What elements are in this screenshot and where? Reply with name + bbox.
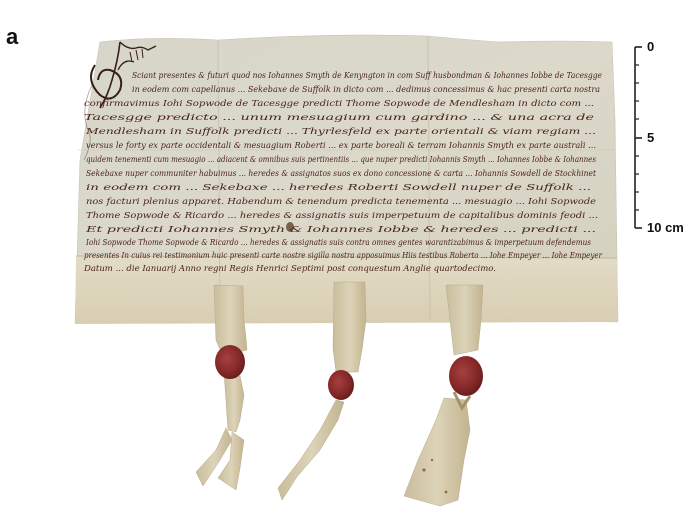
wax-seal-right xyxy=(449,356,483,396)
text-line: Thome Sopwode & Ricardo ... heredes & as… xyxy=(86,210,598,220)
text-line: nos facturi plenius apparet. Habendum & … xyxy=(86,196,596,206)
text-line: Et predicti Iohannes Smyth & Iohannes Io… xyxy=(84,224,596,234)
figure: a xyxy=(0,0,700,523)
text-line: Datum ... die Ianuarij Anno regni Regis … xyxy=(83,263,496,273)
text-line: versus le forty ex parte occidentali & m… xyxy=(86,140,596,150)
wax-seal-left xyxy=(215,345,245,379)
text-line: presentes In cuius rei testimonium huic … xyxy=(84,250,603,260)
text-line: Sekebaxe nuper communiter habuimus ... h… xyxy=(86,168,597,178)
scale-bar: 0 5 10 cm xyxy=(628,40,698,240)
text-line: in eodem com ... Sekebaxe ... heredes Ro… xyxy=(86,182,591,192)
text-line: quidem tenementi cum mesuagio ... adiace… xyxy=(86,154,596,164)
text-line: Mendlesham in Suffolk predicti ... Thyrl… xyxy=(84,126,596,136)
scale-label-5: 5 xyxy=(647,130,654,145)
text-line: confirmavimus Iohi Sopwode de Tacesgge p… xyxy=(84,98,594,108)
wax-seal-middle xyxy=(328,370,354,400)
scale-label-0: 0 xyxy=(647,39,654,54)
charter-photograph: Sciant presentes & futuri quod nos Iohan… xyxy=(0,0,700,523)
scale-label-10: 10 cm xyxy=(647,220,684,235)
charter-text: Sciant presentes & futuri quod nos Iohan… xyxy=(83,70,603,273)
text-line: Iohi Sopwode Thome Sopwode & Ricardo ...… xyxy=(85,237,591,247)
scale-ruler xyxy=(628,40,698,240)
text-line: in eodem com capellanus ... Sekebaxe de … xyxy=(132,84,600,94)
text-line: Tacesgge predicto ... unum mesuagium cum… xyxy=(84,112,594,122)
text-line: Sciant presentes & futuri quod nos Iohan… xyxy=(132,70,602,80)
